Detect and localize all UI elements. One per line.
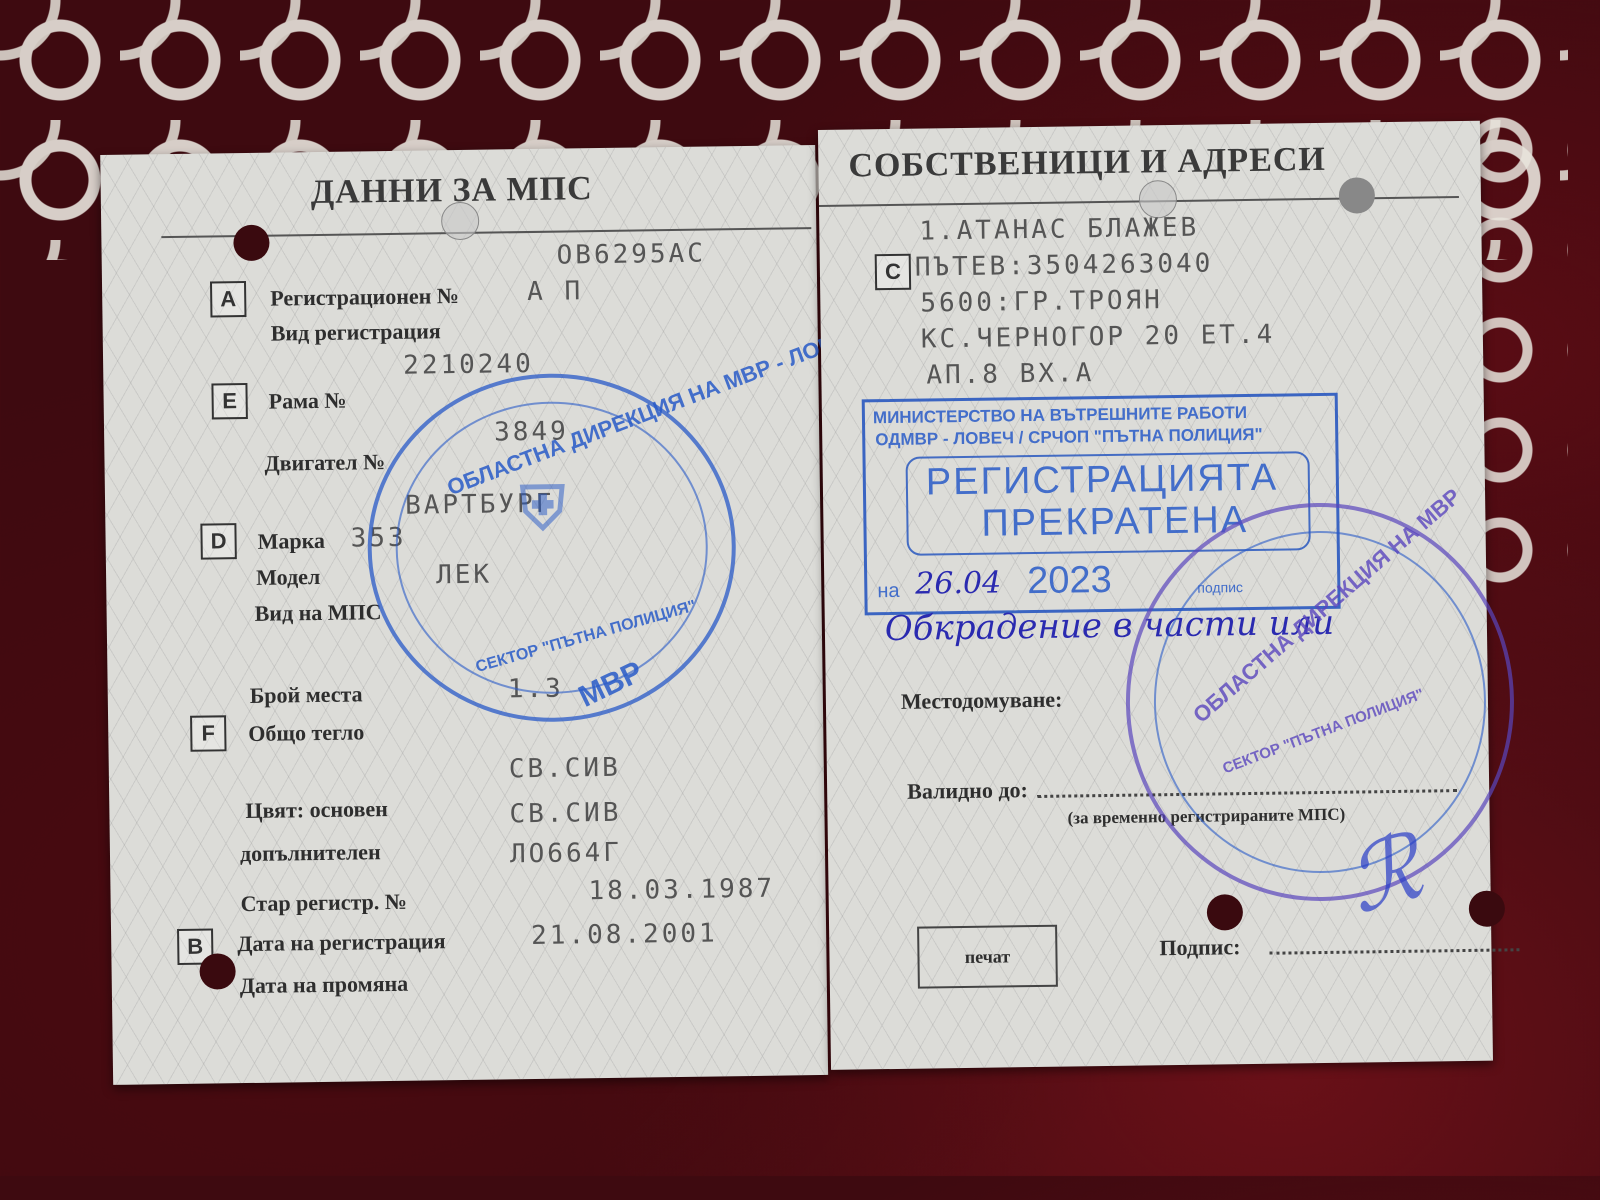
color-primary-label: Цвят: основен	[245, 796, 388, 824]
section-e-box: E	[211, 383, 247, 419]
valid-until-label: Валидно до:	[907, 777, 1028, 805]
weight-label: Общо тегло	[248, 719, 364, 747]
stamp-year: 2023	[1027, 559, 1112, 603]
reg-type-label: Вид регистрация	[271, 318, 441, 346]
reg-number-value: ОВ6295АС	[556, 239, 706, 271]
stamp-date-handwritten: 26.04	[915, 565, 1001, 601]
signature-dotted-line	[1269, 948, 1519, 954]
color-secondary-value: СВ.СИВ	[509, 798, 621, 830]
frame-value: 2210240	[403, 349, 534, 381]
color-primary-value: СВ.СИВ	[509, 753, 621, 785]
owner-line-5: АП.8 ВХ.А	[926, 358, 1094, 390]
model-label: Модел	[256, 564, 320, 591]
owner-line-4: КС.ЧЕРНОГОР 20 ЕТ.4	[921, 320, 1276, 355]
round-stamp-left	[365, 371, 738, 724]
punch-hole	[199, 953, 235, 989]
residence-label: Местодомуване:	[901, 687, 1063, 715]
punch-hole	[1207, 894, 1243, 930]
old-reg-label: Стар регистр. №	[241, 889, 408, 917]
right-page: СОБСТВЕНИЦИ И АДРЕСИ C 1.АТАНАС БЛАЖЕВ П…	[818, 121, 1493, 1070]
section-d-box: D	[200, 523, 236, 559]
section-a-box: A	[210, 281, 246, 317]
stamp-department-line: ОДМВР - ЛОВЕЧ / СРЧОП "ПЪТНА ПОЛИЦИЯ"	[875, 425, 1263, 450]
coat-of-arms-icon: ⛨	[520, 474, 566, 545]
punch-hole	[1469, 890, 1505, 926]
owner-line-2: ПЪТЕВ:3504263040	[915, 248, 1214, 282]
stamp-date-prefix: на	[877, 580, 899, 603]
registration-certificate: ДАННИ ЗА МПС ОВ6295АС A Регистрационен №…	[100, 121, 1493, 1080]
stamp-placeholder-label: печат	[965, 946, 1011, 968]
section-c-box: C	[875, 254, 911, 290]
old-reg-value: ЛО664Г	[510, 838, 622, 870]
color-secondary-label: допълнителен	[240, 839, 381, 867]
punch-hole	[233, 225, 269, 261]
round-stamp-right	[1123, 500, 1517, 903]
reg-type-value: А П	[527, 276, 583, 307]
page-title-owners: СОБСТВЕНИЦИ И АДРЕСИ	[848, 141, 1326, 186]
section-f-box: F	[190, 715, 226, 751]
change-date-value: 21.08.2001	[531, 918, 718, 951]
stamp-placeholder-box: печат	[917, 925, 1058, 989]
stamp-ministry-line: МИНИСТЕРСТВО НА ВЪТРЕШНИТЕ РАБОТИ	[873, 403, 1247, 428]
reg-date-value: 18.03.1987	[588, 874, 775, 907]
signature-label: Подпис:	[1159, 934, 1240, 961]
stamp-status-line1: РЕГИСТРАЦИЯТА	[926, 457, 1279, 505]
frame-label: Рама №	[268, 388, 346, 415]
change-date-label: Дата на промяна	[240, 971, 409, 999]
owner-line-3: 5600:ГР.ТРОЯН	[920, 285, 1163, 318]
reg-date-label: Дата на регистрация	[237, 928, 446, 957]
punch-hole	[1339, 177, 1375, 213]
make-label: Марка	[257, 528, 325, 555]
seats-label: Брой места	[250, 681, 363, 709]
vehicle-type-label: Вид на МПС	[254, 599, 381, 627]
punch-hole-faint	[441, 202, 480, 241]
owner-line-1: 1.АТАНАС БЛАЖЕВ	[919, 213, 1199, 247]
reg-number-label: Регистрационен №	[270, 283, 459, 312]
left-page: ДАННИ ЗА МПС ОВ6295АС A Регистрационен №…	[100, 145, 828, 1085]
engine-label: Двигател №	[264, 449, 385, 477]
